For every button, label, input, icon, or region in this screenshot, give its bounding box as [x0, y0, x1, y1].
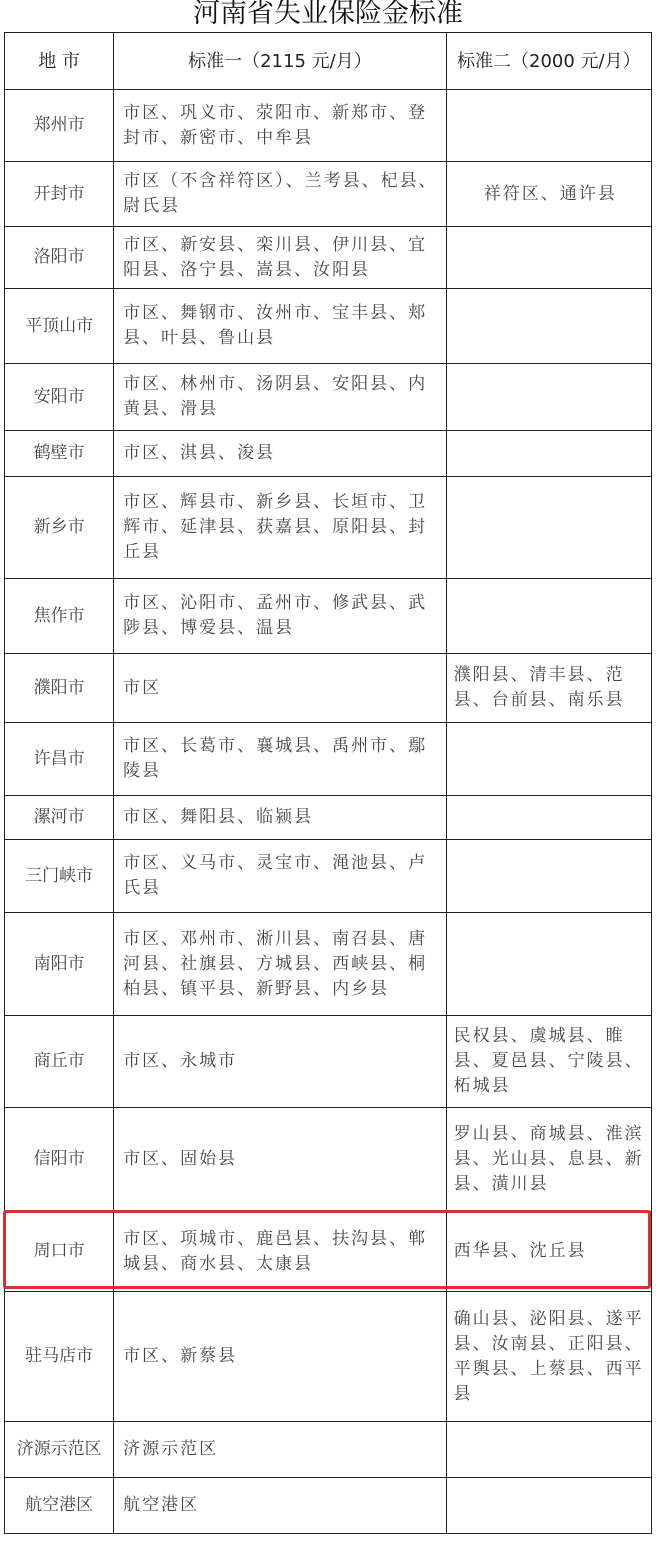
- standard2-cell: [446, 1422, 651, 1478]
- city-cell: 漯河市: [5, 796, 114, 840]
- table-row: 三门峡市 市区、义马市、灵宝市、渑池县、卢氏县: [5, 840, 652, 913]
- standard2-cell: [446, 364, 651, 431]
- table-row: 信阳市 市区、固始县 罗山县、商城县、淮滨县、光山县、息县、新县、潢川县: [5, 1108, 652, 1212]
- city-cell: 航空港区: [5, 1478, 114, 1534]
- standard2-cell: [446, 431, 651, 477]
- unemployment-insurance-table: 地 市 标准一（2115 元/月） 标准二（2000 元/月） 郑州市 市区、巩…: [4, 32, 652, 1534]
- table-row: 许昌市 市区、长葛市、襄城县、禹州市、鄢陵县: [5, 723, 652, 796]
- city-cell: 鹤壁市: [5, 431, 114, 477]
- table-row: 济源示范区 济源示范区: [5, 1422, 652, 1478]
- city-cell: 许昌市: [5, 723, 114, 796]
- city-cell: 濮阳市: [5, 654, 114, 723]
- table-row: 商丘市 市区、永城市 民权县、虞城县、睢县、夏邑县、宁陵县、柘城县: [5, 1016, 652, 1108]
- standard1-cell: 市区、舞阳县、临颍县: [114, 796, 447, 840]
- city-cell: 新乡市: [5, 477, 114, 579]
- standard1-cell: 市区、邓州市、淅川县、南召县、唐河县、社旗县、方城县、西峡县、桐柏县、镇平县、新…: [114, 913, 447, 1016]
- standard2-cell: [446, 227, 651, 289]
- standard1-cell: 市区（不含祥符区）、兰考县、杞县、尉氏县: [114, 162, 447, 227]
- city-cell: 洛阳市: [5, 227, 114, 289]
- header-standard2: 标准二（2000 元/月）: [446, 33, 651, 90]
- standard2-cell: [446, 289, 651, 364]
- standard1-cell: 市区: [114, 654, 447, 723]
- table-row: 鹤壁市 市区、淇县、浚县: [5, 431, 652, 477]
- standard1-cell: 市区、淇县、浚县: [114, 431, 447, 477]
- standard2-cell: 祥符区、通许县: [446, 162, 651, 227]
- standard1-cell: 市区、巩义市、荥阳市、新郑市、登封市、新密市、中牟县: [114, 90, 447, 162]
- standard1-cell: 市区、辉县市、新乡县、长垣市、卫辉市、延津县、获嘉县、原阳县、封丘县: [114, 477, 447, 579]
- table-row: 驻马店市 市区、新蔡县 确山县、泌阳县、遂平县、汝南县、正阳县、平舆县、上蔡县、…: [5, 1292, 652, 1422]
- city-cell: 郑州市: [5, 90, 114, 162]
- city-cell: 安阳市: [5, 364, 114, 431]
- city-cell: 济源示范区: [5, 1422, 114, 1478]
- table-row: 郑州市 市区、巩义市、荥阳市、新郑市、登封市、新密市、中牟县: [5, 90, 652, 162]
- city-cell: 焦作市: [5, 579, 114, 654]
- document-title: 河南省失业保险金标准: [0, 0, 656, 32]
- standard2-cell: [446, 723, 651, 796]
- table-row: 开封市 市区（不含祥符区）、兰考县、杞县、尉氏县 祥符区、通许县: [5, 162, 652, 227]
- city-cell: 周口市: [5, 1212, 114, 1292]
- standard1-cell: 济源示范区: [114, 1422, 447, 1478]
- standard2-cell: [446, 579, 651, 654]
- standard2-cell: 民权县、虞城县、睢县、夏邑县、宁陵县、柘城县: [446, 1016, 651, 1108]
- standard2-cell: [446, 90, 651, 162]
- standard2-cell: 罗山县、商城县、淮滨县、光山县、息县、新县、潢川县: [446, 1108, 651, 1212]
- standard2-cell: [446, 913, 651, 1016]
- standard1-cell: 市区、义马市、灵宝市、渑池县、卢氏县: [114, 840, 447, 913]
- standard2-cell: [446, 1478, 651, 1534]
- standard1-cell: 市区、沁阳市、孟州市、修武县、武陟县、博爱县、温县: [114, 579, 447, 654]
- standard1-cell: 市区、长葛市、襄城县、禹州市、鄢陵县: [114, 723, 447, 796]
- table-row: 安阳市 市区、林州市、汤阴县、安阳县、内黄县、滑县: [5, 364, 652, 431]
- standard2-cell: 确山县、泌阳县、遂平县、汝南县、正阳县、平舆县、上蔡县、西平县: [446, 1292, 651, 1422]
- standard2-cell: [446, 477, 651, 579]
- standard2-cell: 濮阳县、清丰县、范县、台前县、南乐县: [446, 654, 651, 723]
- table-row: 南阳市 市区、邓州市、淅川县、南召县、唐河县、社旗县、方城县、西峡县、桐柏县、镇…: [5, 913, 652, 1016]
- standard1-cell: 市区、新蔡县: [114, 1292, 447, 1422]
- table-row: 洛阳市 市区、新安县、栾川县、伊川县、宜阳县、洛宁县、嵩县、汝阳县: [5, 227, 652, 289]
- standard1-cell: 市区、项城市、鹿邑县、扶沟县、郸城县、商水县、太康县: [114, 1212, 447, 1292]
- table-row: 濮阳市 市区 濮阳县、清丰县、范县、台前县、南乐县: [5, 654, 652, 723]
- city-cell: 信阳市: [5, 1108, 114, 1212]
- standard1-cell: 航空港区: [114, 1478, 447, 1534]
- city-cell: 南阳市: [5, 913, 114, 1016]
- standard1-cell: 市区、林州市、汤阴县、安阳县、内黄县、滑县: [114, 364, 447, 431]
- city-cell: 平顶山市: [5, 289, 114, 364]
- table-row-highlighted: 周口市 市区、项城市、鹿邑县、扶沟县、郸城县、商水县、太康县 西华县、沈丘县: [5, 1212, 652, 1292]
- table-row: 焦作市 市区、沁阳市、孟州市、修武县、武陟县、博爱县、温县: [5, 579, 652, 654]
- city-cell: 开封市: [5, 162, 114, 227]
- standard1-cell: 市区、固始县: [114, 1108, 447, 1212]
- header-standard1: 标准一（2115 元/月）: [114, 33, 447, 90]
- standard1-cell: 市区、新安县、栾川县、伊川县、宜阳县、洛宁县、嵩县、汝阳县: [114, 227, 447, 289]
- standard2-cell: [446, 840, 651, 913]
- standard1-cell: 市区、舞钢市、汝州市、宝丰县、郏县、叶县、鲁山县: [114, 289, 447, 364]
- table-row: 平顶山市 市区、舞钢市、汝州市、宝丰县、郏县、叶县、鲁山县: [5, 289, 652, 364]
- standard1-cell: 市区、永城市: [114, 1016, 447, 1108]
- table-row: 漯河市 市区、舞阳县、临颍县: [5, 796, 652, 840]
- standard2-cell: [446, 796, 651, 840]
- table-header-row: 地 市 标准一（2115 元/月） 标准二（2000 元/月）: [5, 33, 652, 90]
- city-cell: 三门峡市: [5, 840, 114, 913]
- city-cell: 驻马店市: [5, 1292, 114, 1422]
- standard2-cell: 西华县、沈丘县: [446, 1212, 651, 1292]
- table-row: 航空港区 航空港区: [5, 1478, 652, 1534]
- city-cell: 商丘市: [5, 1016, 114, 1108]
- header-city: 地 市: [5, 33, 114, 90]
- table-row: 新乡市 市区、辉县市、新乡县、长垣市、卫辉市、延津县、获嘉县、原阳县、封丘县: [5, 477, 652, 579]
